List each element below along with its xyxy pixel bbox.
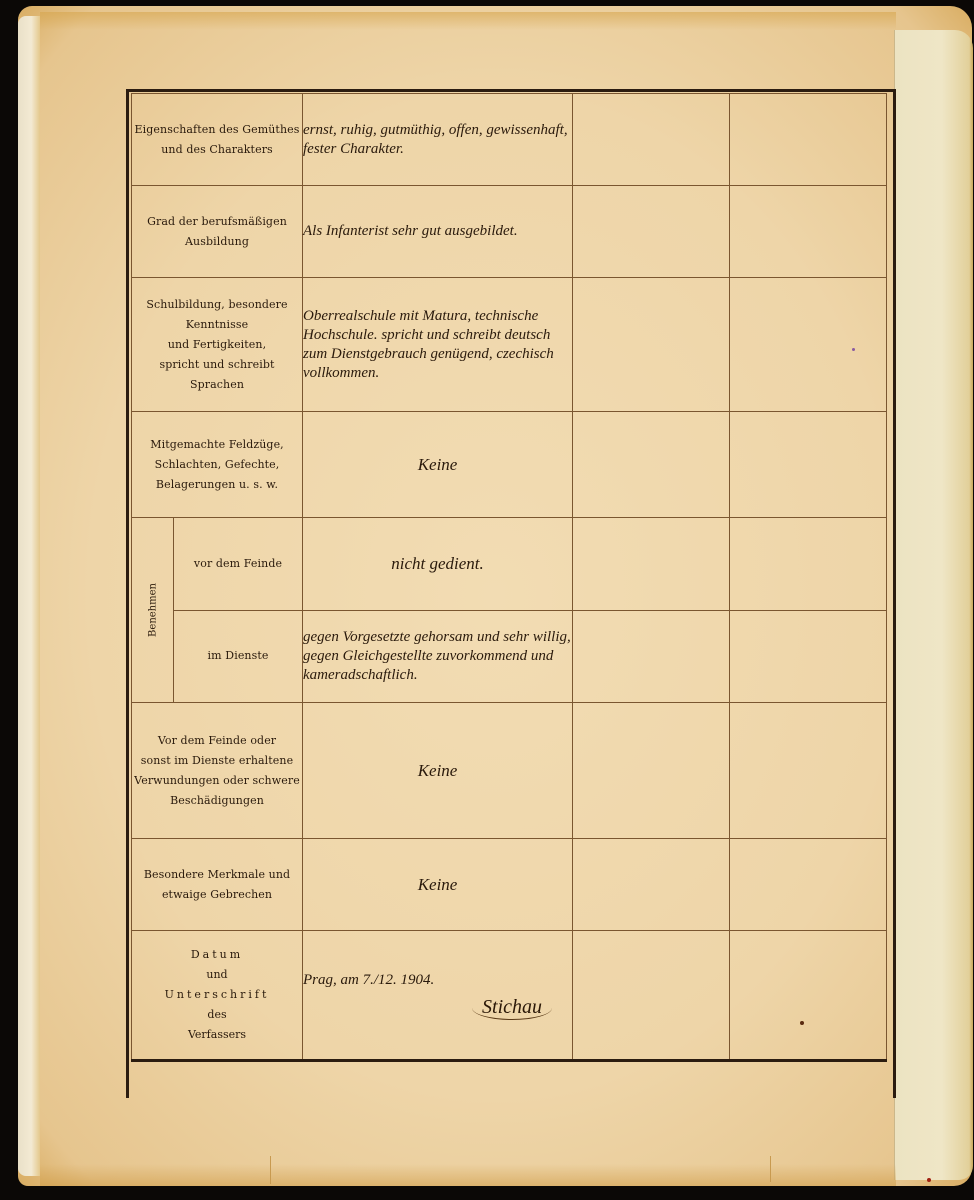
form-row-features: Besondere Merkmale und etwaige Gebrechen… <box>132 839 887 931</box>
row-sublabel: im Dienste <box>174 610 303 703</box>
form-row-education: Schulbildung, besondere Kenntnisse und F… <box>132 278 887 412</box>
row-entry: Keine <box>303 412 573 518</box>
row-entry: Oberrealschule mit Matura, technische Ho… <box>303 278 573 412</box>
paper-tear <box>770 1156 771 1182</box>
page-right-strip <box>894 30 973 1180</box>
row-label: Schulbildung, besondere Kenntnisse und F… <box>132 278 303 412</box>
empty-cell <box>730 186 887 278</box>
paper-tear <box>270 1156 271 1184</box>
form-row-date-signature: Datum und Unterschrift des Verfassers Pr… <box>132 931 887 1061</box>
ink-speck <box>852 348 855 351</box>
row-sublabel: vor dem Feinde <box>174 518 303 611</box>
form-row-character: Eigenschaften des Gemüthes und des Chara… <box>132 94 887 186</box>
empty-cell <box>573 278 730 412</box>
paper-stain-top <box>40 12 896 30</box>
row-entry: Prag, am 7./12. 1904. Stichau <box>303 931 573 1061</box>
empty-cell <box>730 278 887 412</box>
page-left-edge <box>18 16 40 1176</box>
form-row-conduct-service: im Dienste gegen Vorgesetzte gehorsam un… <box>132 610 887 703</box>
row-entry: ernst, ruhig, gutmüthig, offen, gewissen… <box>303 94 573 186</box>
qualification-form-table: Eigenschaften des Gemüthes und des Chara… <box>131 93 887 1062</box>
empty-cell <box>730 703 887 839</box>
ink-speck <box>800 1021 804 1025</box>
row-entry: gegen Vorgesetzte gehorsam und sehr will… <box>303 610 573 703</box>
empty-cell <box>573 94 730 186</box>
empty-cell <box>730 839 887 931</box>
row-label: Vor dem Feinde oder sonst im Dienste erh… <box>132 703 303 839</box>
empty-cell <box>730 518 887 611</box>
group-label-cell: Benehmen <box>132 518 174 703</box>
row-entry: Keine <box>303 703 573 839</box>
date-place-text: Prag, am 7./12. 1904. <box>303 971 572 990</box>
author-signature: Stichau <box>472 996 552 1020</box>
row-entry: Keine <box>303 839 573 931</box>
form-row-training: Grad der berufsmäßigen Ausbildung Als In… <box>132 186 887 278</box>
ink-speck <box>927 1178 931 1182</box>
empty-cell <box>573 703 730 839</box>
row-label: Eigenschaften des Gemüthes und des Chara… <box>132 94 303 186</box>
row-label: Grad der berufsmäßigen Ausbildung <box>132 186 303 278</box>
row-entry: nicht gedient. <box>303 518 573 611</box>
row-label: Mitgemachte Feldzüge, Schlachten, Gefech… <box>132 412 303 518</box>
row-label: Datum und Unterschrift des Verfassers <box>132 931 303 1061</box>
empty-cell <box>573 931 730 1061</box>
empty-cell <box>573 186 730 278</box>
group-label: Benehmen <box>147 583 158 637</box>
form-row-injuries: Vor dem Feinde oder sonst im Dienste erh… <box>132 703 887 839</box>
paper-stain-bottom <box>40 1164 896 1186</box>
row-entry: Als Infanterist sehr gut ausgebildet. <box>303 186 573 278</box>
empty-cell <box>730 931 887 1061</box>
empty-cell <box>730 610 887 703</box>
empty-cell <box>573 839 730 931</box>
empty-cell <box>573 518 730 611</box>
row-label: Besondere Merkmale und etwaige Gebrechen <box>132 839 303 931</box>
empty-cell <box>730 412 887 518</box>
empty-cell <box>573 610 730 703</box>
empty-cell <box>730 94 887 186</box>
empty-cell <box>573 412 730 518</box>
form-row-campaigns: Mitgemachte Feldzüge, Schlachten, Gefech… <box>132 412 887 518</box>
form-row-conduct-enemy: Benehmen vor dem Feinde nicht gedient. <box>132 518 887 611</box>
